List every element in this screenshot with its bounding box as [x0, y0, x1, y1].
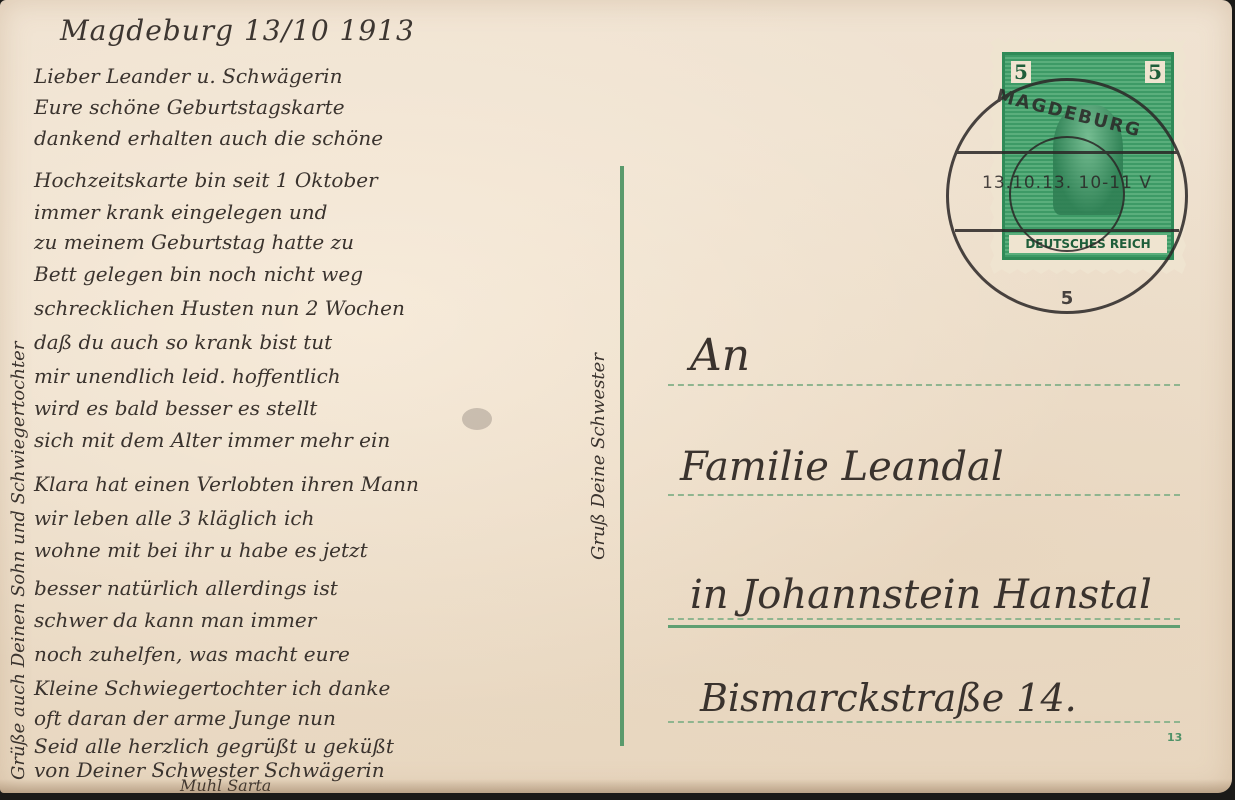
address-line-3	[668, 618, 1180, 620]
stamp-value-right: 5	[1145, 61, 1165, 83]
postmark-bar	[955, 151, 1179, 154]
postmark-city: MAGDEBURG	[989, 84, 1149, 143]
message-line: Lieber Leander u. Schwägerin	[34, 64, 342, 88]
message-line: Klara hat einen Verlobten ihren Mann	[34, 472, 419, 496]
message-line: sich mit dem Alter immer mehr ein	[34, 428, 390, 452]
address-line-1	[668, 384, 1180, 386]
address-line-3-underline	[668, 625, 1180, 628]
address-line-2	[668, 494, 1180, 496]
signature: Muhl Sarta	[180, 776, 271, 793]
message-line: schwer da kann man immer	[34, 608, 316, 632]
message-line: noch zuhelfen, was macht eure	[34, 642, 350, 666]
message-line: zu meinem Geburtstag hatte zu	[34, 230, 354, 254]
message-line: oft daran der arme Junge nun	[34, 706, 336, 730]
message-line: daß du auch so krank bist tut	[34, 330, 332, 354]
message-line: Eure schöne Geburtstagskarte	[34, 95, 345, 119]
postmark-date: 13.10.13. 10-11 V	[967, 173, 1167, 193]
postcard: Magdeburg 13/10 1913 Lieber Leander u. S…	[0, 0, 1232, 793]
message-line: besser natürlich allerdings ist	[34, 576, 338, 600]
message-line: immer krank eingelegen und	[34, 200, 327, 224]
left-margin-note: Grüße auch Deinen Sohn und Schwiegertoch…	[8, 342, 29, 780]
address-recipient: Familie Leandal	[680, 444, 1004, 490]
message-line: mir unendlich leid. hoffentlich	[34, 364, 341, 388]
place-date: Magdeburg 13/10 1913	[60, 14, 415, 47]
message-line: dankend erhalten auch die schöne	[34, 126, 383, 150]
divider-line	[620, 166, 624, 746]
message-line: Hochzeitskarte bin seit 1 Oktober	[34, 168, 378, 192]
message-line: wir leben alle 3 kläglich ich	[34, 506, 315, 530]
address-city: in Johannstein Hanstal	[690, 572, 1152, 618]
stamp-value-left: 5	[1011, 61, 1031, 83]
message-line: wird es bald besser es stellt	[34, 396, 317, 420]
cross-written-note: Gruß Deine Schwester	[588, 353, 609, 560]
postmark: MAGDEBURG 13.10.13. 10-11 V 5	[946, 78, 1188, 314]
address-line-4	[668, 721, 1180, 723]
message-line: Kleine Schwiegertochter ich danke	[34, 676, 390, 700]
postmark-office-number: 5	[949, 288, 1185, 309]
print-number: 13	[1167, 731, 1182, 744]
message-line: Bett gelegen bin noch nicht weg	[34, 262, 363, 286]
message-line: schrecklichen Husten nun 2 Wochen	[34, 296, 405, 320]
message-line: wohne mit bei ihr u habe es jetzt	[34, 538, 368, 562]
message-line: von Deiner Schwester Schwägerin	[34, 758, 385, 782]
ink-stain	[462, 408, 492, 430]
postmark-bar	[955, 229, 1179, 232]
message-line: Seid alle herzlich gegrüßt u geküßt	[34, 734, 394, 758]
address-salutation: An	[690, 330, 750, 381]
address-street: Bismarckstraße 14.	[700, 676, 1077, 720]
